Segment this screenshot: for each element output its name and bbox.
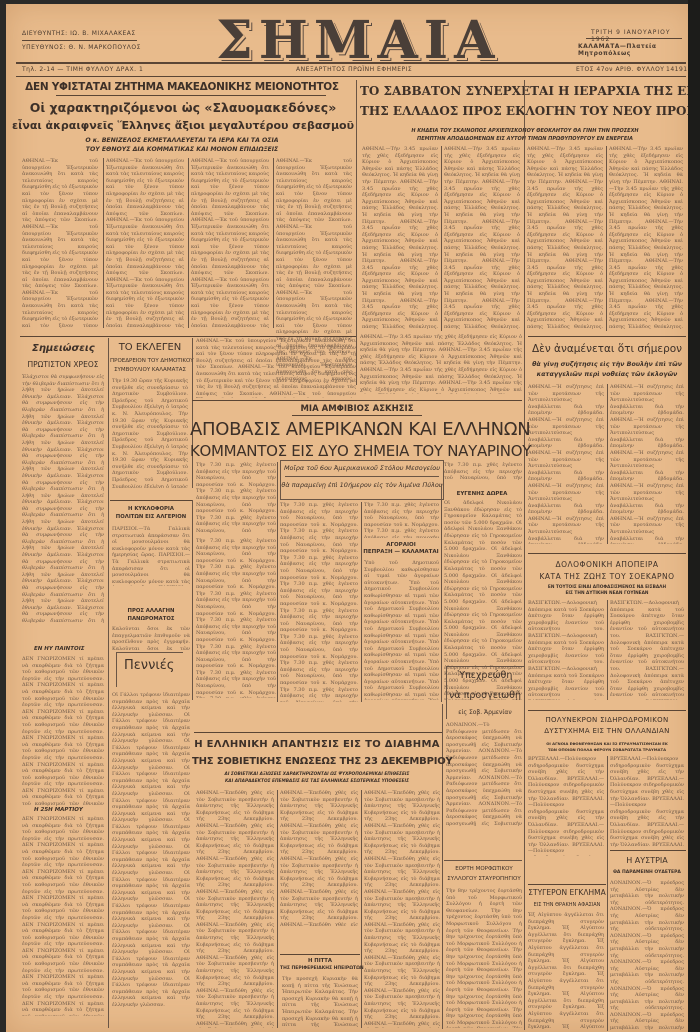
sukarno-subhead-1: ΕΝ ΤΟΥΤΟΙΣ ΕΙΝΑΙ ΑΠΟΦΑΣΙΣΜΕΝΟΣ ΝΑ ΕΙΣΒΑΛ… xyxy=(526,585,688,590)
feast-headline-1: ΕΟΡΤΗ ΜΟΡΦΩΤΙΚΟΥ xyxy=(444,866,524,872)
newspaper-page: ΔΙΕΥΘΥΝΤΗΣ: ΙΩ. Β. ΜΙΧΑΛΑΚΕΑΣ ΥΠΕΥΘΥΝΟΣ:… xyxy=(6,4,692,1032)
issue-date: ΤΡΙΤΗ 9 ΙΑΝΟΥΑΡΙΟΥ 1962 xyxy=(591,29,692,43)
soviet-body-col-1: ΑΘΗΝΑΙ.—Ἐπεδόθη χθὲς εἰς τὸν Σοβιετικὸν … xyxy=(196,790,274,1028)
martyrs-body: ΔΕΝ ΓΝΩΡΙΖΟΜΕΝ τί πρέπει νὰ σκεφθῶμεν δι… xyxy=(22,656,104,806)
pitta-body: Τὴν προσεχῆ Κυριακὴν θὰ κοπῇ ἡ πίττα τῆς… xyxy=(282,976,358,1028)
soviet-headline-2: ΤΗΣ ΣΟΒΙΕΤΙΚΗΣ ΕΝΩΣΕΩΣ ΤΗΣ 23 ΔΕΚΕΜΒΡΙΟΥ xyxy=(192,756,442,767)
name-change-headline-1: ΠΡΟΣ ΑΛΛΑΓΗΝ xyxy=(110,608,192,614)
armenia-headline-1: Ὑπεχρεώθη xyxy=(444,670,526,681)
church-headline-2: ΤΗΣ ΕΛΛΑΔΟΣ ΠΡΟΣ ΕΚΛΟΓΗΝ ΤΟΥ ΝΕΟΥ ΠΡΟΚΑΘ… xyxy=(360,104,690,118)
armenia-body: ΛΟΝΔΙΝΟΝ.—Τὸ Ραδιόφωνον μετέδωσεν ὅτι ἀε… xyxy=(446,722,522,827)
sukarno-headline-1: ΔΟΛΟΦΟΝΙΚΗ ΑΠΟΠΕΙΡΑ xyxy=(526,560,688,569)
phone-price: Τηλ. 2-14 — ΤΙΜΗ ΦΥΛΛΟΥ ΔΡΑΧ. 1 xyxy=(22,66,143,73)
sukarno-headline-2: ΚΑΤΑ ΤΗΣ ΖΩΗΣ ΤΟΥ ΣΟΕΚΑΡΝΟ xyxy=(526,572,688,581)
macedonia-kicker: ΔΕΝ ΥΦΙΣΤΑΤΑΙ ΖΗΤΗΜΑ ΜΑΚΕΔΟΝΙΚΗΣ ΜΕΙΟΝΟΤ… xyxy=(12,81,352,93)
prices-body: Ὑπὸ τοῦ Δημοτικοῦ Συμβουλίου καθωρίσθησα… xyxy=(364,560,439,700)
pennies-body: Οἱ Γάλλοι τρέφουν ἰδιαιτέραν συμπάθειαν … xyxy=(112,692,190,1012)
location: ΚΑΛΑΜΑΤΑ—Πλατεία Μητροπόλεως xyxy=(578,43,692,57)
algeria-headline-1: Η ΚΥΚΛΟΦΟΡΙΑ xyxy=(110,506,192,512)
algeria-headline-2: ΠΟΛΙΤΩΝ ΕΙΣ ΑΛΓΕΡΙΟΝ xyxy=(110,514,192,520)
macedonia-subhead-2: ΤΟΥ ΕΘΝΟΥΣ ΔΙΑ ΚΟΜΜΑΤΙΚΑΣ ΚΑΙ ΜΟΝΟΝ ΕΠΙΔ… xyxy=(12,146,352,153)
church-subhead-1: Η ΚΗΔΕΙΑ ΤΟΥ ΣΚΑΙΝΟΠΟΣ ΑΡΧΙΕΠΙΣΚΟΠΟΥ ΘΕΟ… xyxy=(362,128,688,134)
election-subhead-1: θὰ γίνῃ συζήτησις εἰς τὴν Βουλὴν ἐπὶ τῶν xyxy=(526,361,688,368)
page-edge-shadow xyxy=(688,0,700,1032)
amphibious-body-col-1b: Τὴν 7.30 π.μ. χθὲς ἐγένετο ἀπόβασις εἰς … xyxy=(196,538,276,698)
holland-subhead-1: ΟΙ ΑΓΝΟΙΑ ΕΦΟΝΕΥΘΗΣΑΝ ΚΑΙ 52 ΕΤΡΑΥΜΑΤΙΣΘ… xyxy=(526,741,688,746)
armenia-headline-2: νὰ προσγειωθῇ xyxy=(444,690,526,701)
austria-body: ΛΟΝΔΙΝΟΝ.—Ὁ πρόεδρος τῆς Αὐστρίας δὲν με… xyxy=(610,880,684,1030)
feast-headline-2: ΣΥΛΛΟΓΟΥ ΣΤΑΥΡΟΠΗΓΙΟΥ xyxy=(444,876,524,882)
soviet-headline-1: Η ΕΛΛΗΝΙΚΗ ΑΠΑΝΤΗΣΙΣ ΕΙΣ ΤΟ ΔΙΑΒΗΜΑ xyxy=(192,739,442,750)
dowry-headline: ΕΥΓΕΝΗΣ ΔΩΡΕΑ xyxy=(442,491,522,497)
algeria-body: ΠΑΡΙΣΙΟΙ.—Τὰ Γαλλικὰ στρατιωτικὰ ἀπεφάσι… xyxy=(112,526,190,586)
election-body-col-2: ΑΘΗΝΑΙ.—Ἡ συζήτησις ἐπὶ τῶν προτάσεων τῆ… xyxy=(610,384,684,544)
pennies-headline: Πεννιές xyxy=(124,658,174,673)
prices-headline-2: ΠΕΠΡΑΞΗ — ΚΑΛΑΜΑΤΑΙ xyxy=(362,549,440,555)
holland-body-col-1: ΒΡΥΞΕΛΛΑΙ.—Πολύνεκρον σιδηροδρομικὸν δυσ… xyxy=(528,756,604,856)
notes-title: ΠΡΩΤΙΣΤΟΝ ΧΡΕΟΣ xyxy=(20,360,106,369)
crime-headline-1: ΣΤΥΓΕΡΟΝ ΕΓΚΛΗΜΑ xyxy=(526,888,608,897)
year-issue: ΕΤΟΣ 47ον ΑΡΙΘ. ΦΥΛΛΟΥ xyxy=(576,66,664,73)
issue-number: 14191 xyxy=(666,66,688,73)
council-subhead-1: ΠΡΟΕΔΡΕΙΟΝ ΤΟΥ ΔΗΜΟΤΙΚΟΥ xyxy=(110,358,190,364)
council-body: Τὴν 19.30 ὥραν τῆς Κυριακῆς συνῆλθε εἰς … xyxy=(112,378,188,488)
soviet-body-col-2: ΑΘΗΝΑΙ.—Ἐπεδόθη χθὲς εἰς τὸν Σοβιετικὸν … xyxy=(280,790,358,926)
election-subhead-2: καταγγελιῶν περὶ νοθείας τῶν ἐκλογῶν xyxy=(526,371,688,378)
amphibious-body-col-4: Τὴν 7.30 π.μ. χθὲς ἐγένετο ἀπόβασις εἰς … xyxy=(444,462,522,482)
armenia-headline-3: εἰς Σοβ. Ἀρμενίαν xyxy=(444,709,526,716)
amphibious-box-line-1: Μοῖρα τοῦ 6ου Ἀμερικανικοῦ Στόλου Μεσογε… xyxy=(281,464,443,472)
sukarno-subhead-2: ΕΙΣ ΤΗΝ ΔΥΤΙΚΗΝ ΝΕΑΝ ΓΟΥΪΝΕΑΝ xyxy=(526,591,688,596)
church-headline-1: ΤΟ ΣΑΒΒΑΤΟΝ ΣΥΝΕΡΧΕΤΑΙ Η ΙΕΡΑΡΧΙΑ ΤΗΣ ΕΚ… xyxy=(360,84,690,98)
macedonia-body-continued: ΑΘΗΝΑΙ.—Ἐκ τοῦ ὑπουργείου Ἐξωτερικῶν ἀνε… xyxy=(196,338,356,398)
amphibious-body-col-2: Τὴν 7.30 π.μ. χθὲς ἐγένετο ἀπόβασις εἰς … xyxy=(280,502,358,702)
sukarno-body-col-2: ΒΑΣΙΓΚΤΩΝ.—Δολοφονικὴ ἀπόπειρα κατὰ τοῦ … xyxy=(610,600,684,700)
church-body-col-2: ΑΘΗΝΑΙ.—Τὴν 3.45 πρωΐαν τῆς χθὲς ἐξεδήμη… xyxy=(444,146,520,331)
crime-body: Ἐξ Αἰγύπτου ἀγγέλλεται ὅτι διεπράχθη στυ… xyxy=(528,912,604,1030)
macedonia-headline-2: εἶναι ἀκραιφνεῖς Ἕλληνες ἄξιοι μεγαλυτέρ… xyxy=(10,119,356,132)
soviet-subhead-2: ΚΑΙ ΑΠΑΡΑΔΕΚΤΟΣ ΕΠΕΜΒΑΣΙΣ ΕΙΣ ΤΑΣ ΕΛΛΗΝΙ… xyxy=(192,779,442,784)
church-body-col-1: ΑΘΗΝΑΙ.—Τὴν 3.45 πρωΐαν τῆς χθὲς ἐξεδήμη… xyxy=(362,146,438,331)
director-credit: ΔΙΕΥΘΥΝΤΗΣ: ΙΩ. Β. ΜΙΧΑΛΑΚΕΑΣ xyxy=(22,30,136,37)
martyrs-title-2: Η 25Η ΜΑΡΤΙΟΥ xyxy=(34,807,83,813)
church-subhead-2: ΠΕΜΠΤΗΝ ΑΠΟΔΙΔΟΜΕΝΩΝ ΕΙΣ ΑΥΤΟΝ ΤΙΜΩΝ ΠΡΩ… xyxy=(362,136,688,142)
pitta-headline-1: Η ΠΙΤΤΑ xyxy=(280,958,360,964)
macedonia-body-col-1: ΑΘΗΝΑΙ.—Ἐκ τοῦ ὑπουργείου Ἐξωτερικῶν ἀνε… xyxy=(22,158,98,328)
council-headline: ΤΟ ΕΚΛΕΓΕΝ xyxy=(110,342,190,353)
holland-subhead-2: ΤΩΝ ΟΠΟΙΩΝ ΠΟΛΛΑ ΦΕΡΟΥΝ ΣΟΒΑΡΩΤΑΤΑ ΤΡΑΥΜ… xyxy=(526,747,688,752)
amphibious-headline-2: ΚΟΜΜΑΝΤΟΣ ΕΙΣ ΔΥΟ ΣΗΜΕΙΑ ΤΟΥ ΝΑΥΑΡΙΝΟΥ xyxy=(190,442,526,460)
macedonia-body-col-2: ΑΘΗΝΑΙ.—Ἐκ τοῦ ὑπουργείου Ἐξωτερικῶν ἀνε… xyxy=(106,158,184,328)
feast-body: Τὴν 8ην τρέχοντος ἐορτάσθη ὑπὸ τοῦ Μορφω… xyxy=(446,888,522,1028)
amphibious-kicker: ΜΙΑ ΑΜΦΙΒΙΟΣ ΑΣΚΗΣΙΣ xyxy=(192,404,522,414)
amphibious-body-col-3: Τὴν 7.30 π.μ. χθὲς ἐγένετο ἀπόβασις εἰς … xyxy=(364,502,439,538)
holland-body-col-2: ΒΡΥΞΕΛΛΑΙ.—Πολύνεκρον σιδηροδρομικὸν δυσ… xyxy=(610,756,684,848)
crime-headline-2: ΕΙΣ ΤΗΝ ΘΡΑΚΗΝ ΑΦΑΣΙΑΝ xyxy=(526,902,608,908)
austria-subhead: ΘΑ ΠΑΡΑΜΕΙΝΗ ΟΥΔΕΤΕΡΑ xyxy=(608,870,686,875)
soviet-subhead-1: ΑΙ ΣΟΒΙΕΤΙΚΑΙ ΑΞΙΩΣΕΙΣ ΧΑΡΑΚΤΗΡΙΖΟΝΤΑΙ Ω… xyxy=(192,772,442,777)
name-change-headline-2: ΠΑΝΩΡΟΜΑΤΟΣ xyxy=(110,616,192,622)
macedonia-subhead-1: Ο κ. ΒΕΝΙΖΕΛΟΣ ΕΚΜΕΤΑΛΛΕΥΕΤΑΙ ΤΑ ΙΕΡΑ ΚΑ… xyxy=(12,137,352,144)
election-body-col-1: ΑΘΗΝΑΙ.—Ἡ συζήτησις ἐπὶ τῶν προτάσεων τῆ… xyxy=(528,384,604,544)
pitta-headline-2: ΤΗΣ ΠΕΡΙΦΕΡΕΙΑΚΗΣ ΗΠΕΙΡΩΤΩΝ xyxy=(280,966,360,971)
amphibious-body-col-1: Τὴν 7.30 π.μ. χθὲς ἐγένετο ἀπόβασις εἰς … xyxy=(196,462,276,534)
holland-headline-1: ΠΟΛΥΝΕΚΡΟΝ ΣΙΔΗΡΟΔΡΟΜΙΚΟΝ xyxy=(526,716,688,724)
responsible-credit: ΥΠΕΥΘΥΝΟΣ: Θ. Ν. ΜΑΡΚΟΠΟΥΛΟΣ xyxy=(22,44,141,51)
austria-headline: Η ΑΥΣΤΡΙΑ xyxy=(608,856,686,865)
name-change-body: Καλοῦνται ὅσοι ἐκ τῶν ἐπαγγελματιῶν ἐπιθ… xyxy=(112,626,190,652)
church-body-col-3: ΑΘΗΝΑΙ.—Τὴν 3.45 πρωΐαν τῆς χθὲς ἐξεδήμη… xyxy=(527,146,603,331)
church-body-col-4: ΑΘΗΝΑΙ.—Τὴν 3.45 πρωΐαν τῆς χθὲς ἐξεδήμη… xyxy=(609,146,683,331)
election-headline: Δὲν ἀναμένεται ὅτι σήμερον xyxy=(526,343,688,355)
amphibious-box-line-2: θὰ παραμείνῃ ἐπὶ 10ήμερον εἰς τὸν λιμένα… xyxy=(281,481,443,489)
martyrs-title-1: ΕΝ ΗΥ ΠΑΙΝΤΟΙΣ xyxy=(34,646,85,652)
church-body-continued: ΑΘΗΝΑΙ.—Τὴν 3.45 πρωΐαν τῆς χθὲς ἐξεδήμη… xyxy=(360,334,522,394)
amphibious-headline-1: ΑΠΟΒΑΣΙΣ ΑΜΕΡΙΚΑΝΩΝ ΚΑΙ ΕΛΛΗΝΩΝ xyxy=(190,419,526,440)
notes-section-title: Σημειώσεις xyxy=(32,343,95,354)
march-body: ΔΕΝ ΓΝΩΡΙΖΟΜΕΝ τί πρέπει νὰ σκεφθῶμεν δι… xyxy=(22,816,104,1016)
tagline: ΑΝΕΞΑΡΤΗΤΟΣ ΠΡΩΪΝΗ ΕΦΗΜΕΡΙΣ xyxy=(296,66,412,73)
macedonia-body-col-3: ΑΘΗΝΑΙ.—Ἐκ τοῦ ὑπουργείου Ἐξωτερικῶν ἀνε… xyxy=(191,158,269,328)
prices-headline-1: ΑΓΟΡΑΙΟΙ xyxy=(362,542,440,548)
council-subhead-2: ΣΥΜΒΟΥΛΙΟΥ ΚΑΛΑΜΑΤΑΣ xyxy=(110,367,190,373)
sukarno-body-col-1: ΒΑΣΙΓΚΤΩΝ.—Δολοφονικὴ ἀπόπειρα κατὰ τοῦ … xyxy=(528,600,604,700)
soviet-body-col-3: ΑΘΗΝΑΙ.—Ἐπεδόθη χθὲς εἰς τὸν Σοβιετικὸν … xyxy=(364,790,440,1028)
holland-headline-2: ΔΥΣΤΥΧΗΜΑ ΕΙΣ ΤΗΝ ΟΛΛΑΝΔΙΑΝ xyxy=(526,727,688,735)
notes-body: Ἐλάχιστοι θὰ συμφωνήσουν εἰς τὴν θλιβερὰ… xyxy=(22,374,104,624)
macedonia-headline-1: Οἱ χαρακτηριζόμενοι ὡς «Σλαυομακεδόνες» xyxy=(10,100,356,115)
amphibious-box: Μοῖρα τοῦ 6ου Ἀμερικανικοῦ Στόλου Μεσογε… xyxy=(280,460,444,500)
